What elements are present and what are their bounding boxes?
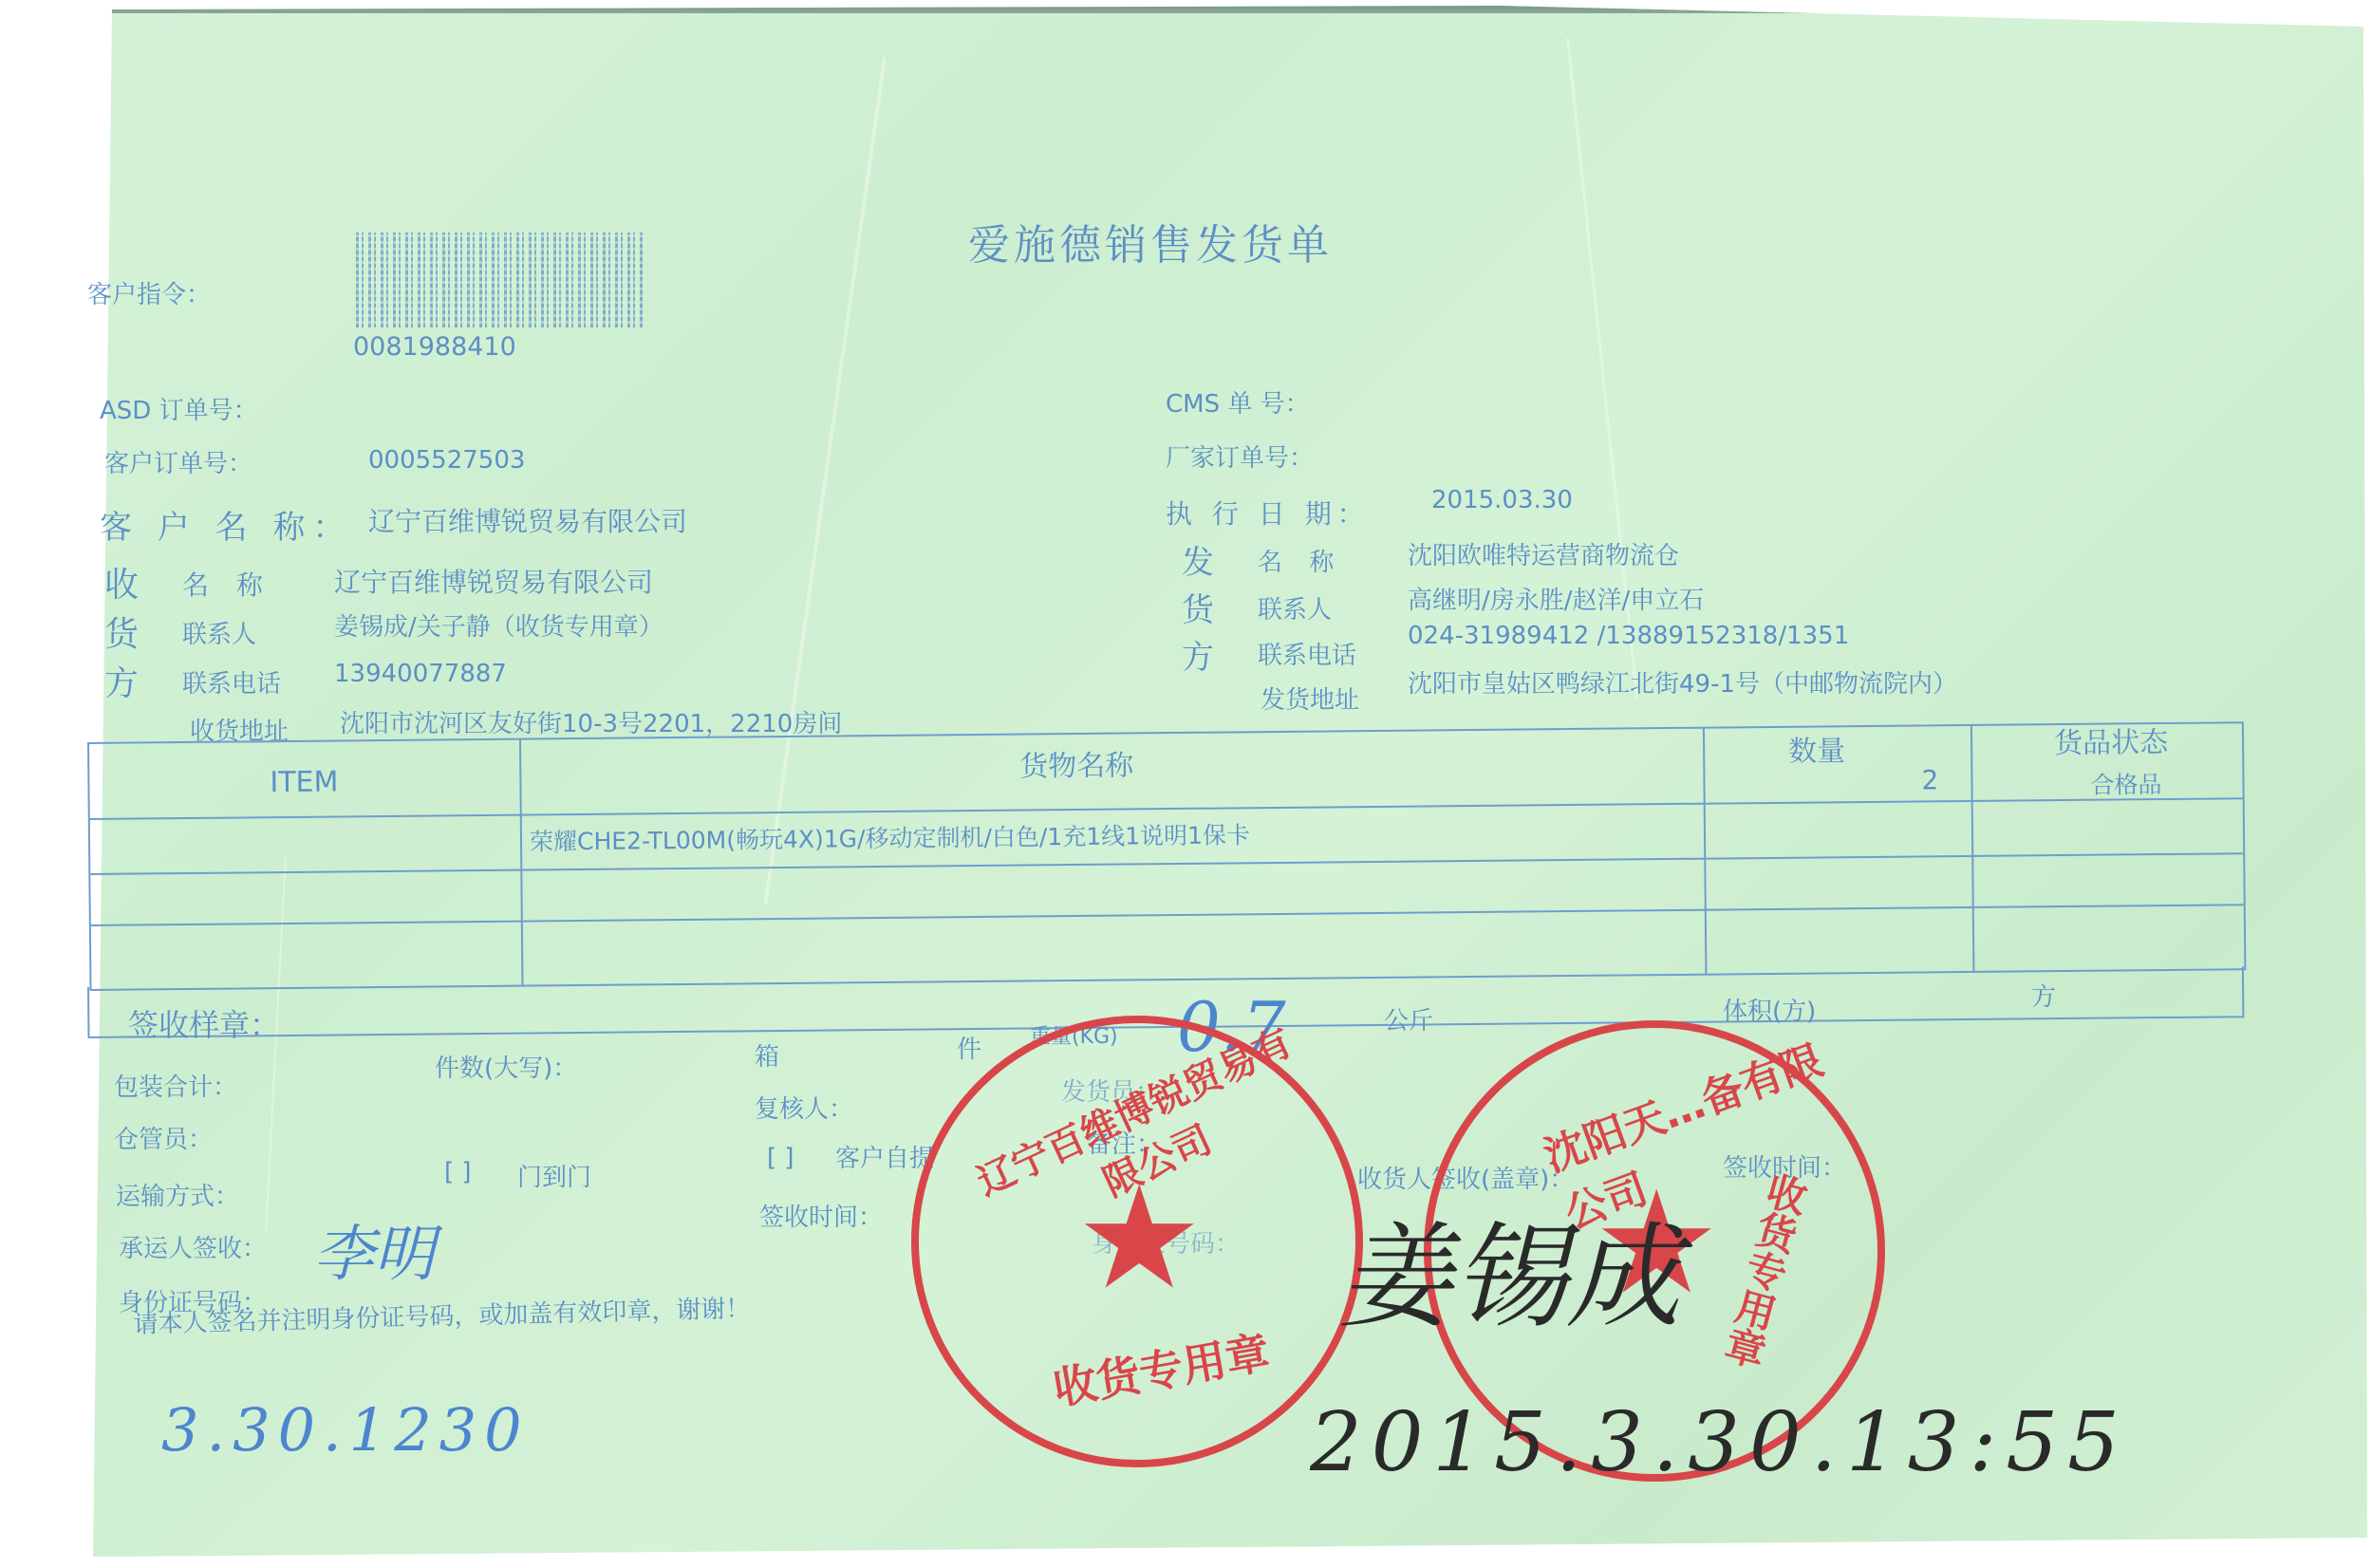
customer-order-label: 客户订单号：: [104, 444, 252, 479]
table-header-item: ITEM: [270, 765, 338, 799]
volume-label: 体积(方): [1723, 992, 1816, 1027]
asd-order-label: ASD 订单号：: [100, 391, 258, 426]
shipper-address-label: 发货地址: [1261, 681, 1359, 716]
customer-name-value: 辽宁百维博锐贸易有限公司: [368, 501, 687, 539]
factory-order-label: 厂家订单号：: [1166, 439, 1314, 474]
carrier-signature: 李明: [313, 1205, 435, 1293]
piece-label: 件: [957, 1030, 981, 1065]
receiver-contact-value: 姜锡成/关子静（收货专用章）: [334, 607, 663, 643]
exec-date-label: 执 行 日 期：: [1166, 494, 1370, 532]
receiver-name-label: 名 称: [182, 565, 272, 603]
self-pickup-label: 客户自提: [835, 1139, 934, 1174]
shipper-contact-value: 高继明/房永胜/赵洋/申立石: [1408, 581, 1704, 616]
goods-table: ITEM 货物名称 数量 货品状态 荣耀CHE2-TL00M(畅玩4X)1G/移…: [87, 721, 2246, 991]
cms-label: CMS 单 号：: [1166, 384, 1310, 420]
shipper-side-label-3: 方: [1182, 631, 1214, 678]
receiver-name-value: 辽宁百维博锐贸易有限公司: [334, 562, 653, 600]
shipper-phone-value: 024-31989412 /13889152318/1351: [1408, 622, 1849, 650]
receiver-side-label-2: 货: [104, 607, 139, 656]
shipper-phone-label: 联系电话: [1258, 636, 1356, 671]
receiver-side-label-1: 收: [104, 558, 139, 607]
sample-stamp-label: 签收样章：: [128, 1001, 280, 1045]
reviewer-label: 复核人：: [755, 1090, 853, 1125]
receiver-side-label-3: 方: [104, 657, 139, 705]
customer-name-label: 客 户 名 称：: [100, 501, 352, 548]
barcode-number: 0081988410: [353, 332, 516, 362]
shipper-side-label-1: 发: [1182, 536, 1214, 583]
table-header-name: 货物名称: [1019, 741, 1133, 784]
door-to-door-checkbox[interactable]: [ ]: [444, 1158, 472, 1186]
pieces-upper-label: 件数(大写)：: [435, 1049, 577, 1084]
table-header-status: 货品状态: [2054, 719, 2168, 761]
table-header-qty: 数量: [1788, 727, 1845, 770]
shipper-side-label-2: 货: [1182, 584, 1214, 630]
receiver-contact-label: 联系人: [182, 615, 256, 650]
handwritten-time-left: 3.30.1230: [161, 1395, 530, 1465]
package-total-label: 包装合计：: [114, 1068, 237, 1103]
transport-label: 运输方式：: [116, 1177, 239, 1212]
barcode: [356, 233, 645, 327]
receiver-phone-label: 联系电话: [182, 664, 281, 700]
self-pickup-checkbox[interactable]: [ ]: [767, 1144, 794, 1172]
sign-time-label: 签收时间：: [759, 1198, 883, 1233]
stamp-1-purpose: 收货专用章: [1048, 1318, 1274, 1418]
box-label: 箱: [755, 1037, 779, 1073]
company-stamp-1: ★ 辽宁百维博锐贸易有限公司 收货专用章: [911, 1016, 1363, 1467]
shipper-address-value: 沈阳市皇姑区鸭绿江北街49-1号（中邮物流院内）: [1408, 664, 1957, 700]
handwritten-time-right: 2015.3.30.13:55: [1310, 1395, 2129, 1490]
volume-unit: 方: [2031, 978, 2056, 1013]
customer-instruction-label: 客户指令：: [87, 275, 211, 310]
shipper-name-value: 沈阳欧唯特运营商物流仓: [1408, 536, 1679, 571]
receiver-signature: 姜锡成: [1338, 1186, 1680, 1350]
carrier-sign-label: 承运人签收：: [119, 1229, 267, 1264]
exec-date-value: 2015.03.30: [1431, 486, 1573, 514]
warehouse-keeper-label: 仓管员：: [114, 1120, 213, 1155]
table-row-1-name: 荣耀CHE2-TL00M(畅玩4X)1G/移动定制机/白色/1充1线1说明1保卡: [530, 816, 1250, 857]
document-title: 爱施德销售发货单: [968, 211, 1333, 271]
receiver-phone-value: 13940077887: [334, 660, 507, 688]
table-row-1-qty: 2: [1921, 764, 1938, 795]
door-to-door-label: 门到门: [517, 1158, 591, 1193]
stamp-2-purpose: 收货专用章: [1710, 1167, 1817, 1373]
shipper-name-label: 名 称: [1258, 543, 1343, 578]
receiver-address-value: 沈阳市沈河区友好街10-3号2201，2210房间: [340, 704, 842, 739]
kg-label: 公斤: [1384, 1001, 1433, 1036]
table-row-1-status: 合格品: [2090, 766, 2161, 801]
customer-order-value: 0005527503: [368, 446, 525, 475]
shipper-contact-label: 联系人: [1258, 590, 1332, 625]
